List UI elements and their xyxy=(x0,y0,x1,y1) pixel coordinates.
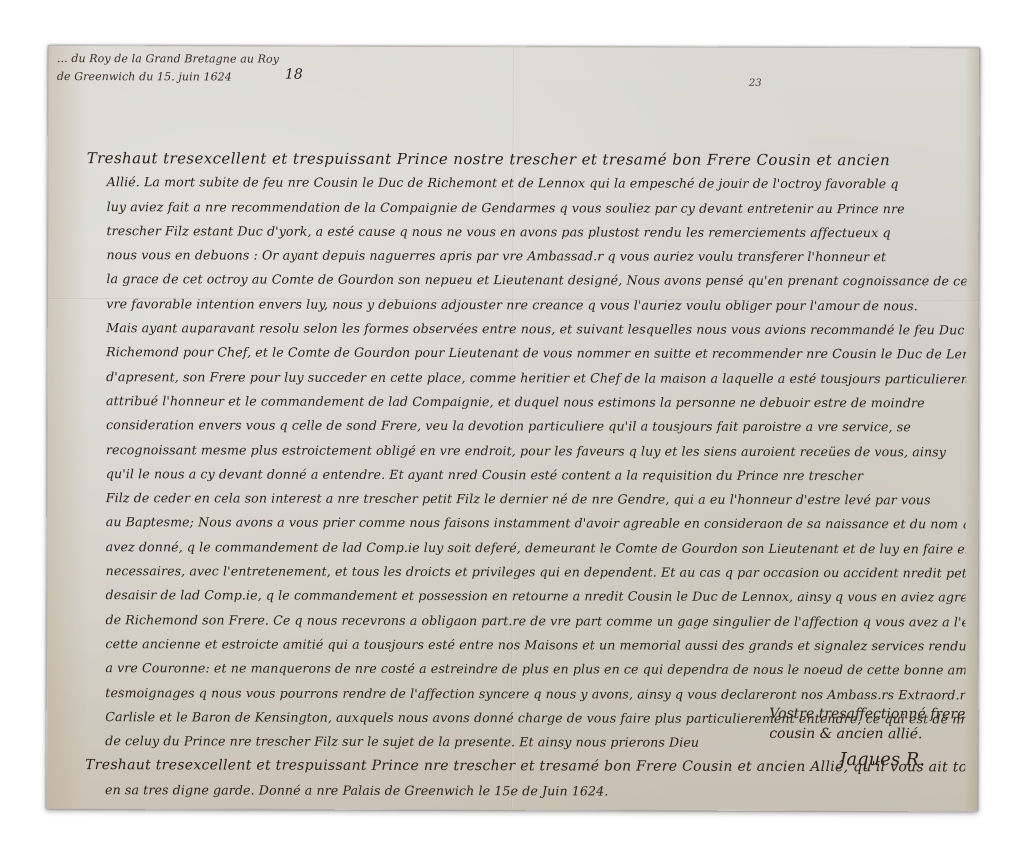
signature-valediction-line: Vostre tresaffectionné frere xyxy=(769,704,965,725)
document-stage: ... du Roy de la Grand Bretagne au Roy d… xyxy=(0,0,1024,861)
docket-note: ... du Roy de la Grand Bretagne au Roy d… xyxy=(57,50,279,87)
salutation-line: Treshaut tresexcellent et trespuissant P… xyxy=(87,146,967,173)
body-line: la grace de cet octroy au Comte de Gourd… xyxy=(86,268,966,295)
body-line: au Baptesme; Nous avons a vous prier com… xyxy=(86,511,966,538)
body-line: d'apresent, son Frere pour luy succeder … xyxy=(86,365,966,392)
signature-valediction-line: cousin & ancien allié. xyxy=(769,724,965,745)
body-line: consideration envers vous q celle de son… xyxy=(86,413,966,440)
body-line: attribué l'honneur et le commandement de… xyxy=(86,389,966,416)
body-line: a vre Couronne: et ne manquerons de nre … xyxy=(85,656,965,683)
paper-stain xyxy=(47,46,89,808)
body-line: cette ancienne et estroicte amitié qui a… xyxy=(85,632,965,659)
body-line: Mais ayant auparavant resolu selon les f… xyxy=(86,316,966,343)
body-line: de Richemond son Frere. Ce q nous recevr… xyxy=(85,608,965,635)
body-line: necessaires, avec l'entretenement, et to… xyxy=(86,559,966,586)
manuscript-letter: ... du Roy de la Grand Bretagne au Roy d… xyxy=(46,45,980,811)
body-line: nous vous en debuons : Or ayant depuis n… xyxy=(86,243,966,270)
body-line: Richemond pour Chef, et le Comte de Gour… xyxy=(86,340,966,367)
body-line: trescher Filz estant Duc d'york, a esté … xyxy=(86,219,966,246)
body-line: desaisir de lad Comp.ie, q le commandeme… xyxy=(86,583,966,610)
docket-line: ... du Roy de la Grand Bretagne au Roy xyxy=(57,50,279,69)
dateline: en sa tres digne garde. Donné a nre Pala… xyxy=(85,778,965,805)
folio-number-secondary: 23 xyxy=(749,78,762,89)
signature-name: Jaques R. xyxy=(769,750,965,771)
body-line: vre favorable intention envers luy, nous… xyxy=(86,292,966,319)
body-line: Allié. La mort subite de feu nre Cousin … xyxy=(87,170,967,197)
body-line: luy aviez fait a nre recommendation de l… xyxy=(87,195,967,222)
body-line: Filz de ceder en cela son interest a nre… xyxy=(86,486,966,513)
body-line: avez donné, q le commandement de lad Com… xyxy=(86,535,966,562)
folio-number: 18 xyxy=(285,67,303,83)
docket-line: de Greenwich du 15. juin 1624 xyxy=(57,68,279,87)
body-line: recognoissant mesme plus estroictement o… xyxy=(86,438,966,465)
body-line: qu'il le nous a cy devant donné a entend… xyxy=(86,462,966,489)
signature-block: Vostre tresaffectionné frere cousin & an… xyxy=(769,704,965,771)
